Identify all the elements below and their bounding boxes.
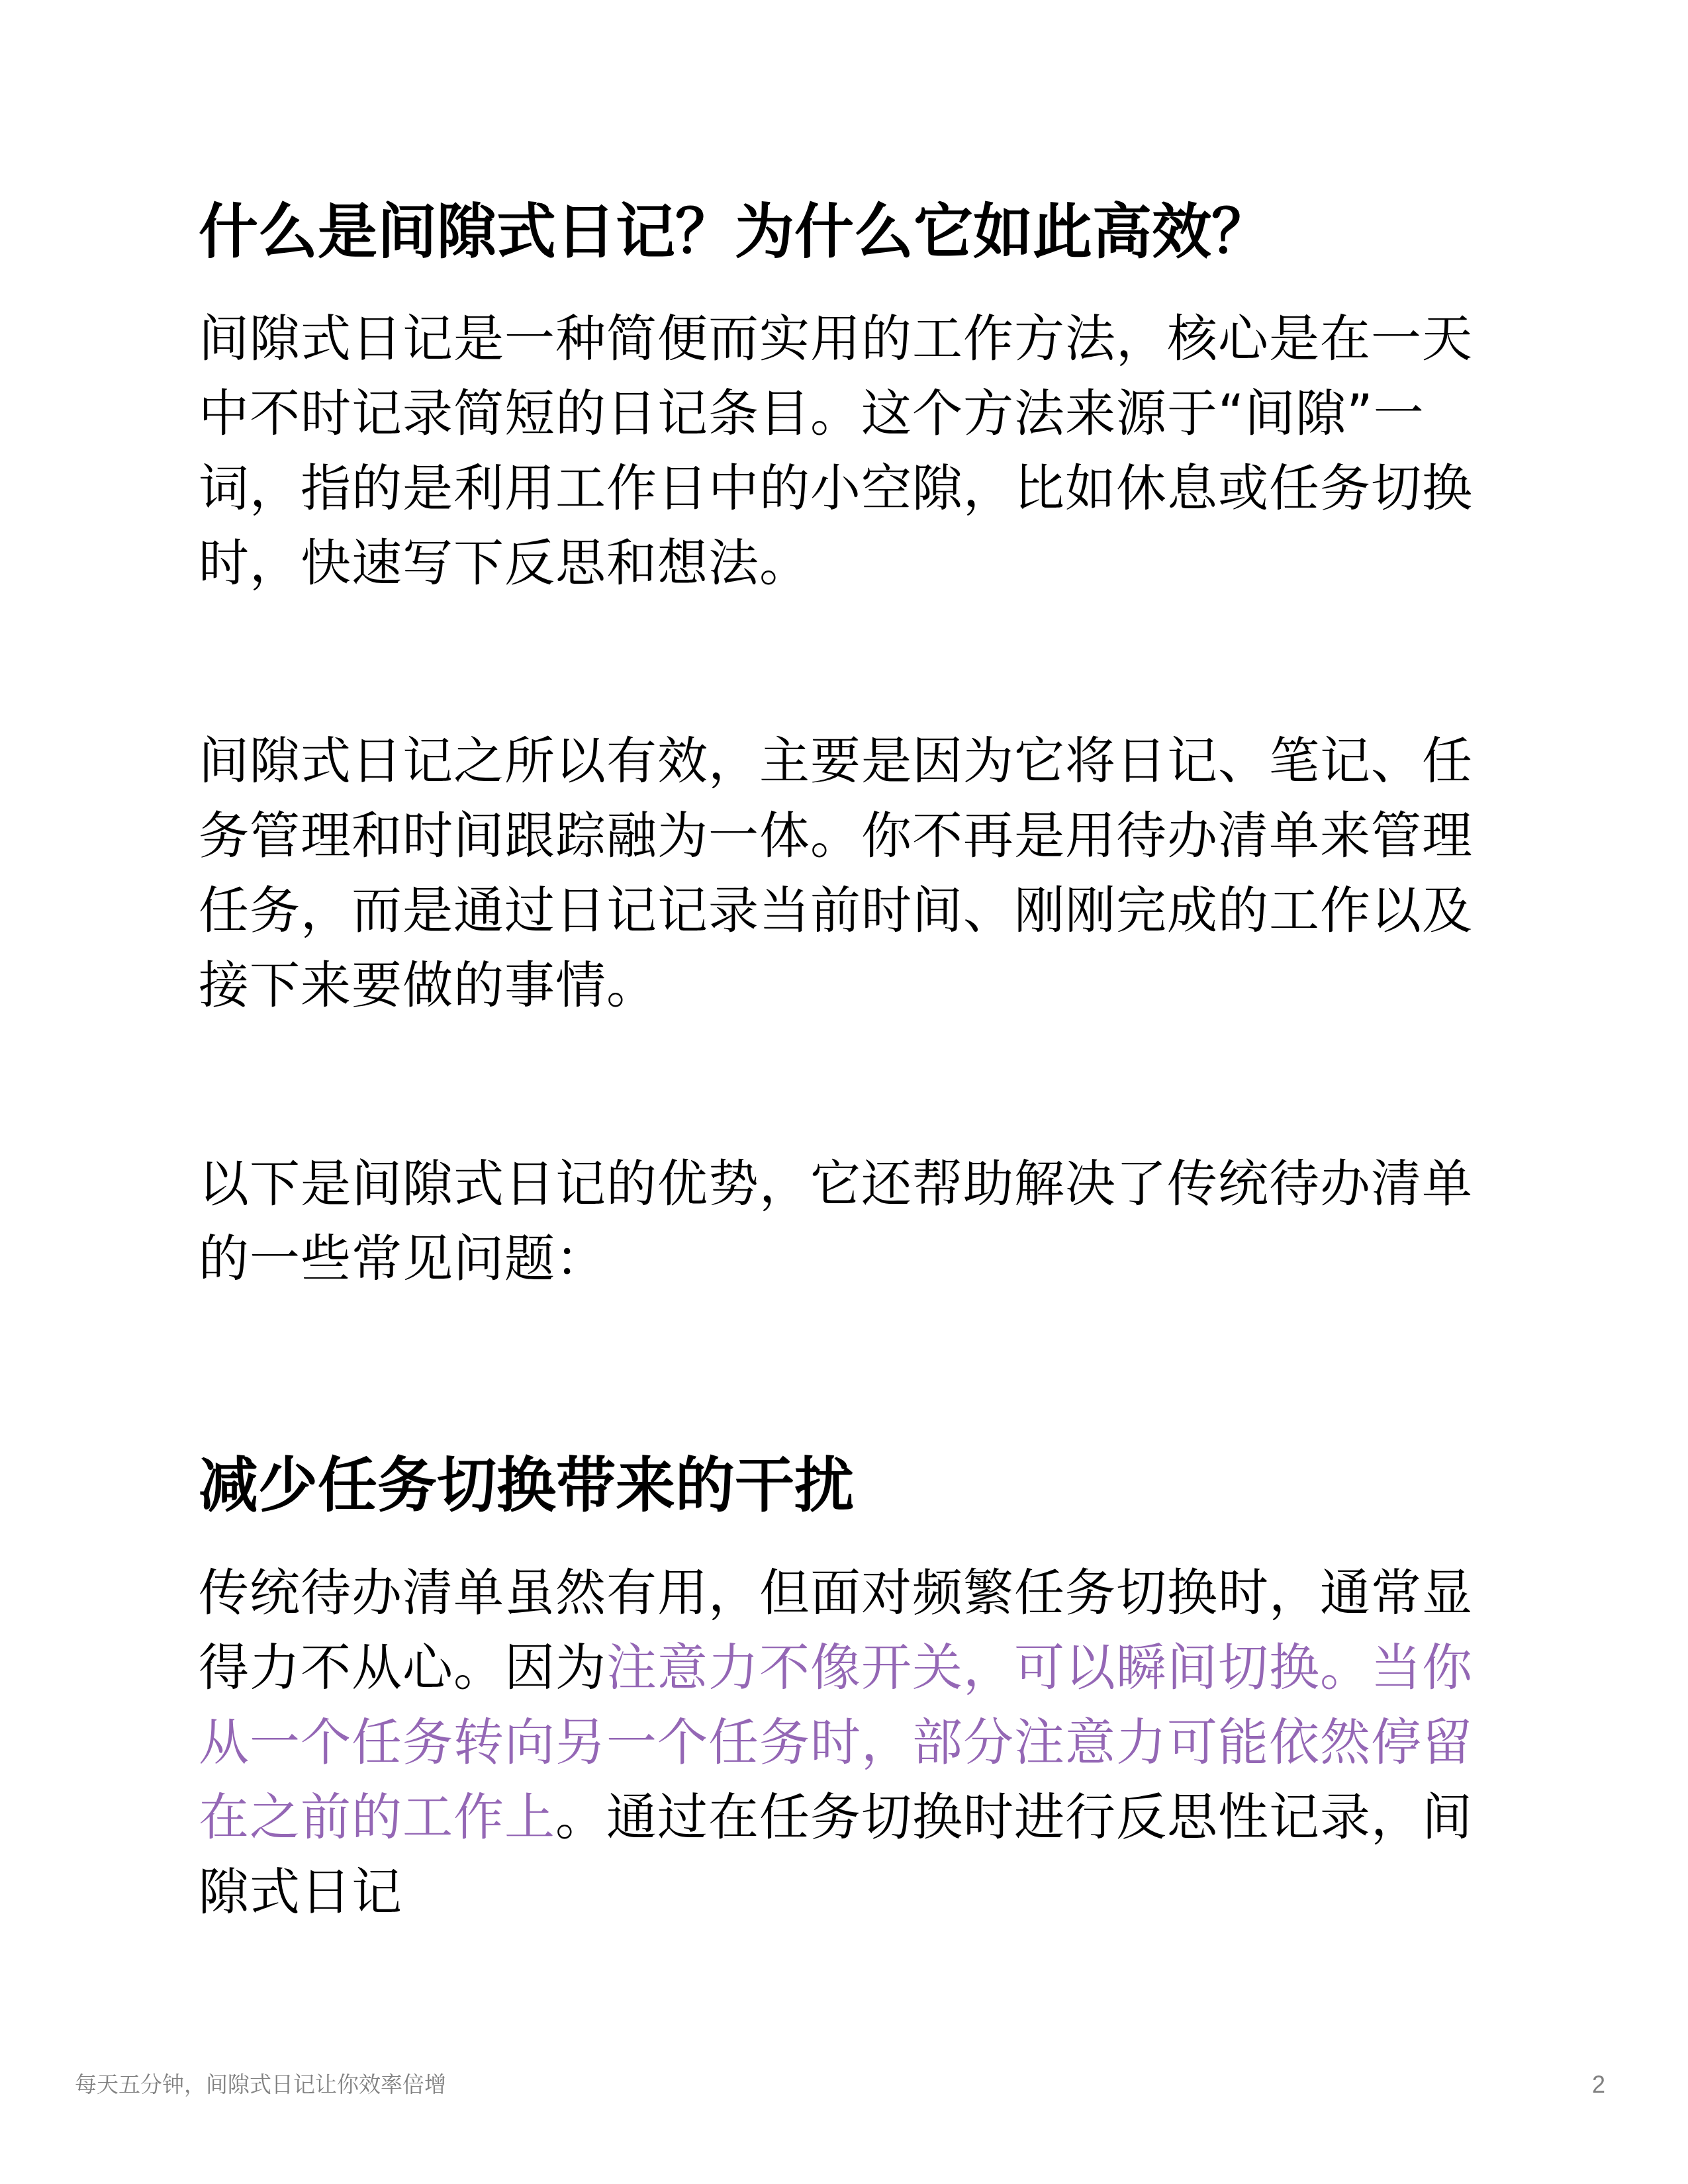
paragraph-text: 以下是间隙式日记的优势，它还帮助解决了传统待办清单的一些常见问题： — [199, 1154, 1473, 1288]
paragraph-why-effective: 间隙式日记之所以有效，主要是因为它将日记、笔记、任务管理和时间跟踪融为一体。你不… — [199, 723, 1496, 1023]
section-heading-reduce-task-switching: 减少任务切换带来的干扰 — [199, 1449, 1496, 1522]
paragraph-definition: 间隙式日记是一种简便而实用的工作方法，核心是在一天中不时记录简短的日记条目。这个… — [199, 301, 1496, 600]
paragraph-task-switching: 传统待办清单虽然有用，但面对频繁任务切换时，通常显得力不从心。因为注意力不像开关… — [199, 1555, 1496, 1929]
paragraph-text: 间隙式日记是一种简便而实用的工作方法，核心是在一天中不时记录简短的日记条目。这个… — [199, 309, 1473, 592]
footer-title: 每天五分钟，间隙式日记让你效率倍增 — [75, 2071, 446, 2098]
document-page: 什么是间隙式日记？为什么它如此高效？ 间隙式日记是一种简便而实用的工作方法，核心… — [0, 0, 1688, 2184]
section-heading-what-is-interstitial-journaling: 什么是间隙式日记？为什么它如此高效？ — [199, 196, 1496, 269]
page-number: 2 — [1592, 2071, 1605, 2098]
paragraph-advantages-intro: 以下是间隙式日记的优势，它还帮助解决了传统待办清单的一些常见问题： — [199, 1146, 1496, 1296]
paragraph-text: 间隙式日记之所以有效，主要是因为它将日记、笔记、任务管理和时间跟踪融为一体。你不… — [199, 731, 1473, 1015]
